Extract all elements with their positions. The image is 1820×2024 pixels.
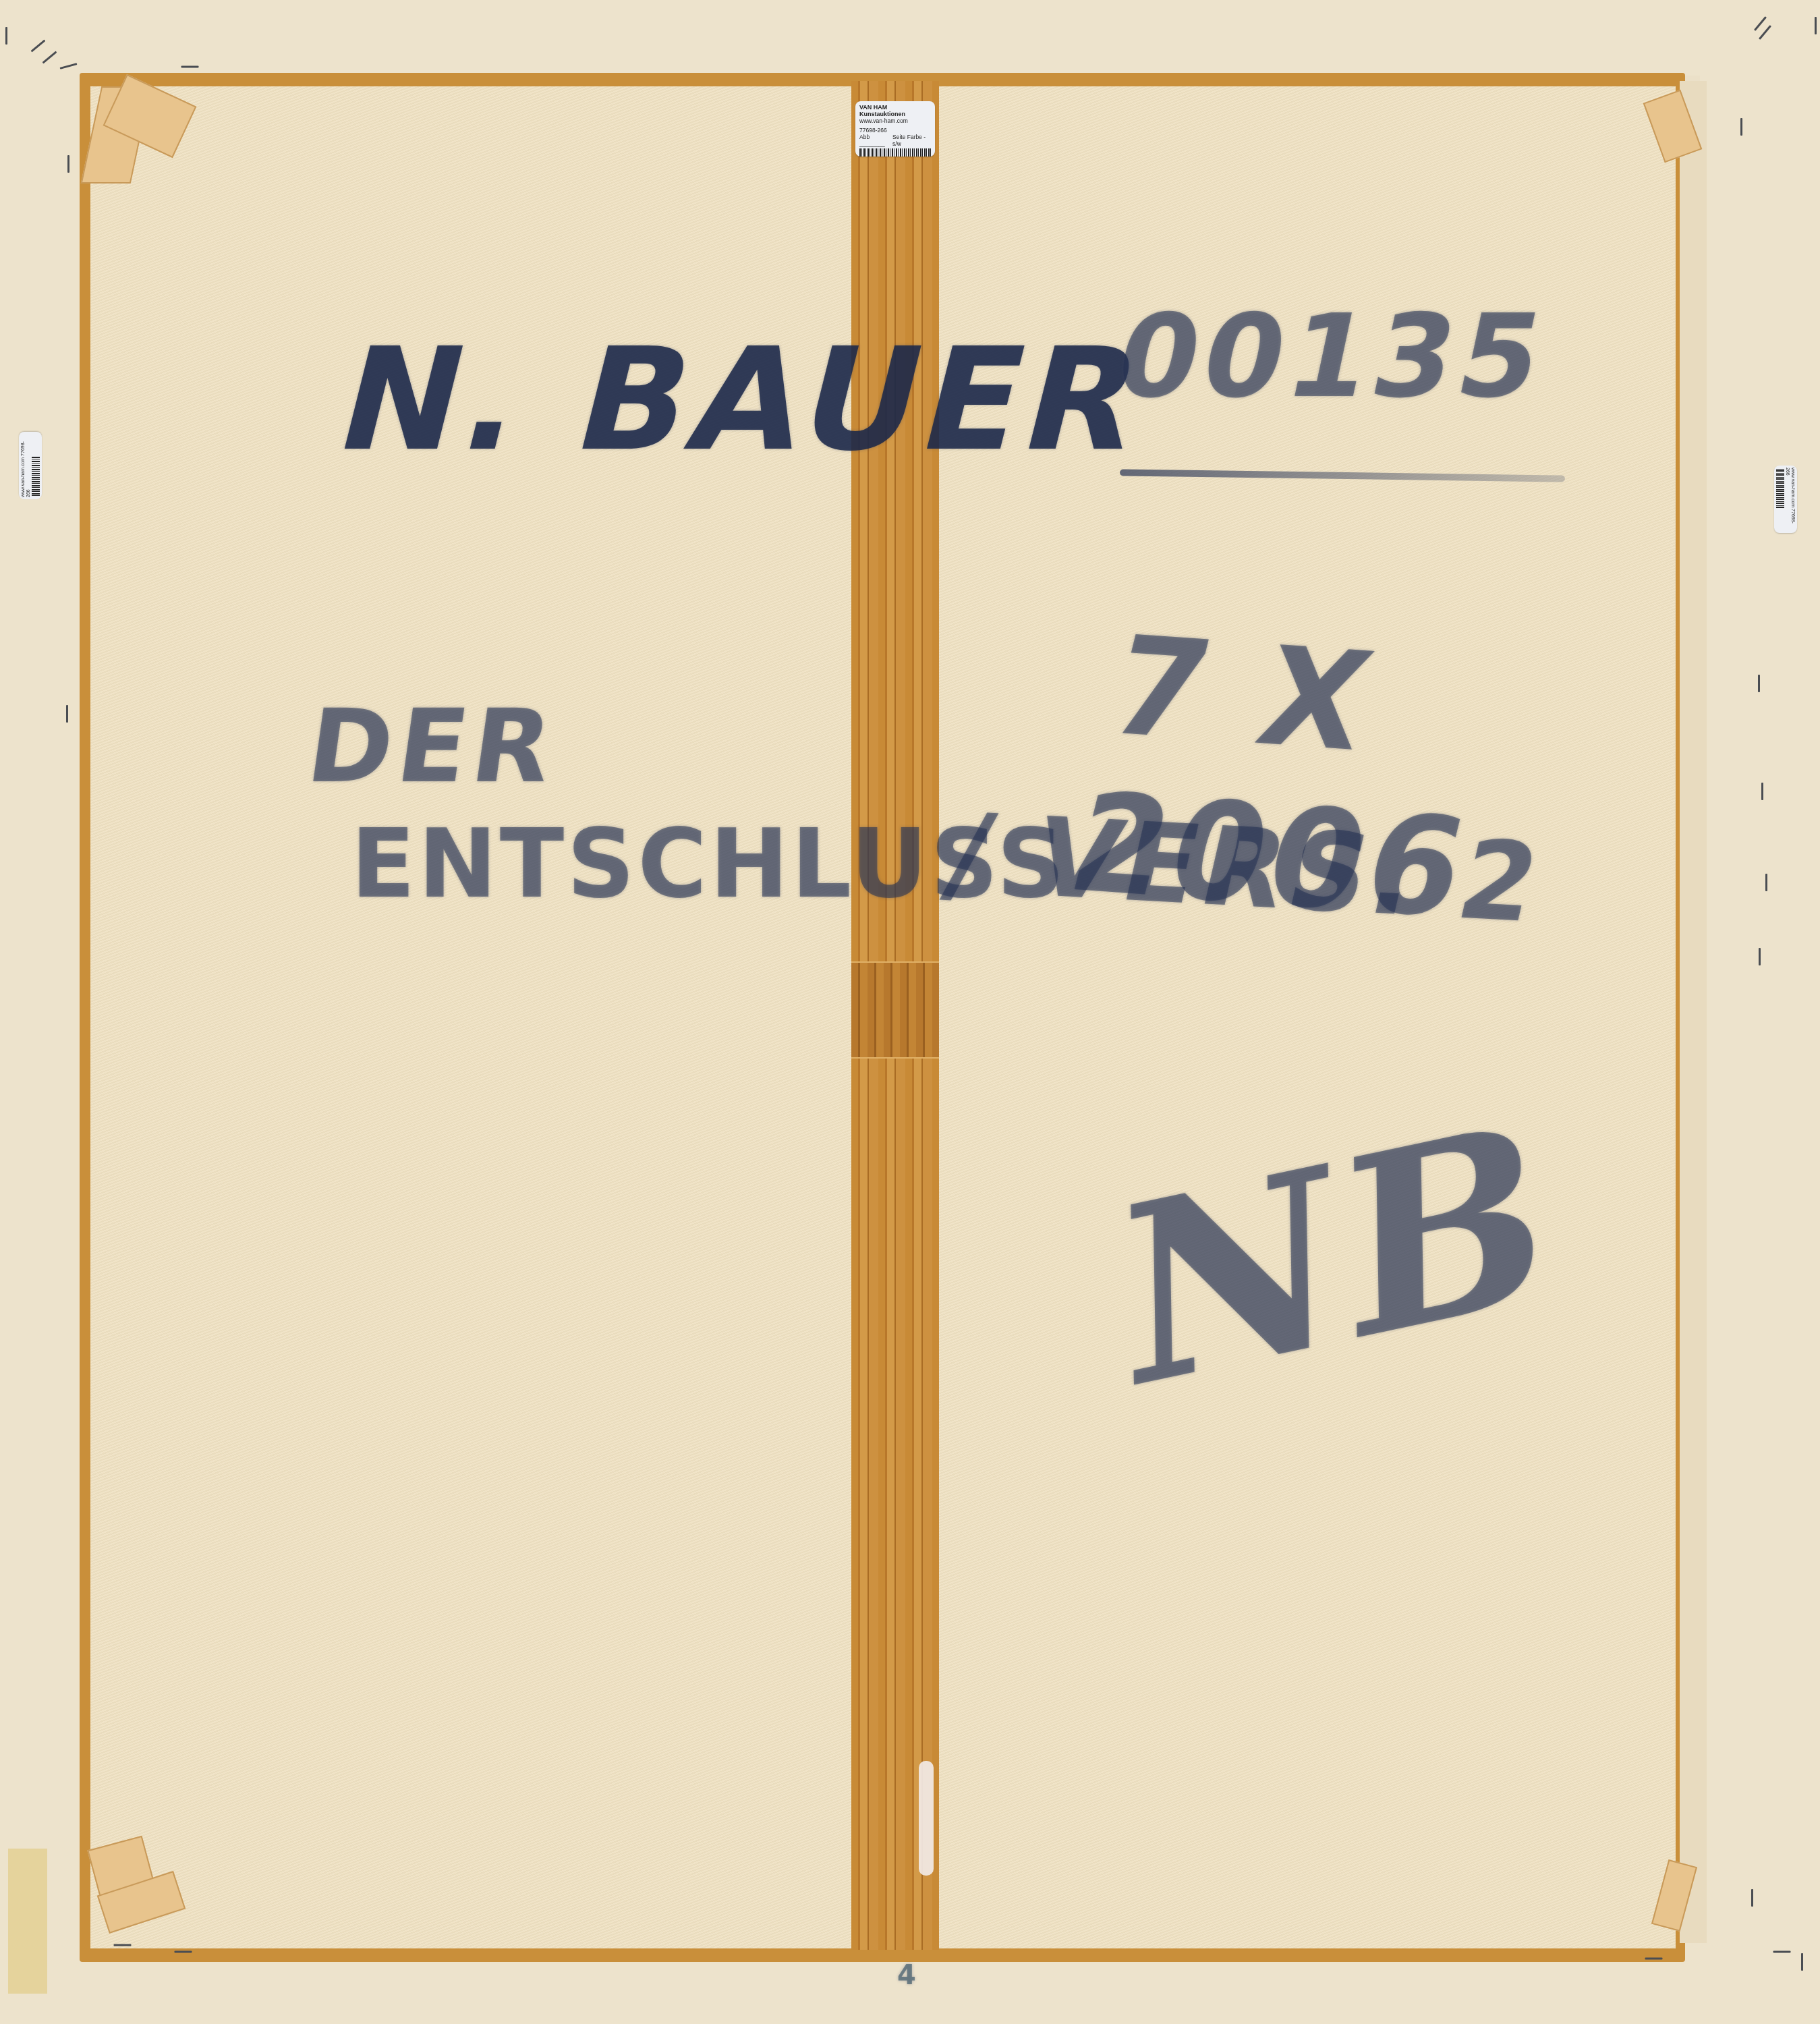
label-lot-number: 77698-266 — [859, 127, 931, 134]
canvas-fold-right — [1700, 0, 1820, 2024]
inscription-number: 00135 — [1105, 290, 1560, 424]
staple — [1751, 1889, 1753, 1907]
barcode-icon — [859, 148, 931, 157]
canvas-fold-left — [0, 0, 89, 2024]
inscription-artist: N. BAUER — [323, 317, 1164, 482]
staple — [1740, 118, 1742, 136]
label-abb-field: Abb ________ — [859, 134, 892, 147]
barcode-icon — [1776, 468, 1784, 508]
staple — [67, 155, 69, 173]
masking-tape — [8, 1849, 47, 1994]
staple — [5, 27, 7, 45]
canvas-fold-right-inner — [1680, 81, 1707, 1943]
canvas-fold-top — [0, 0, 1820, 76]
staple — [114, 1944, 132, 1946]
staple — [175, 1951, 192, 1953]
staple — [66, 705, 68, 723]
label-website: www.van-ham.com — [21, 457, 26, 497]
label-page-color: Seite Farbe - s/w — [892, 134, 931, 147]
staple — [1645, 1958, 1663, 1960]
auction-label-left: www.van-ham.com 77698-266 — [19, 432, 42, 499]
auction-label-right: www.van-ham.com 77698-266 — [1774, 466, 1797, 533]
label-company: VAN HAM Kunstauktionen — [859, 104, 931, 117]
staple — [181, 66, 199, 68]
staple — [1773, 1951, 1791, 1953]
barcode-icon — [32, 457, 40, 497]
staple — [1759, 948, 1761, 965]
staple — [1765, 874, 1767, 891]
bottom-pencil-mark: 4 — [897, 1960, 921, 1991]
label-website: www.van-ham.com — [1790, 468, 1795, 507]
staple — [1815, 17, 1817, 34]
auction-label-top: VAN HAM Kunstauktionen www.van-ham.com 7… — [855, 101, 935, 157]
staple — [1801, 1953, 1803, 1971]
inscription-title-line1: DER — [301, 688, 565, 806]
white-paint-smudge — [919, 1761, 934, 1876]
crossbar-joint — [851, 961, 939, 1059]
label-website: www.van-ham.com — [859, 117, 931, 124]
